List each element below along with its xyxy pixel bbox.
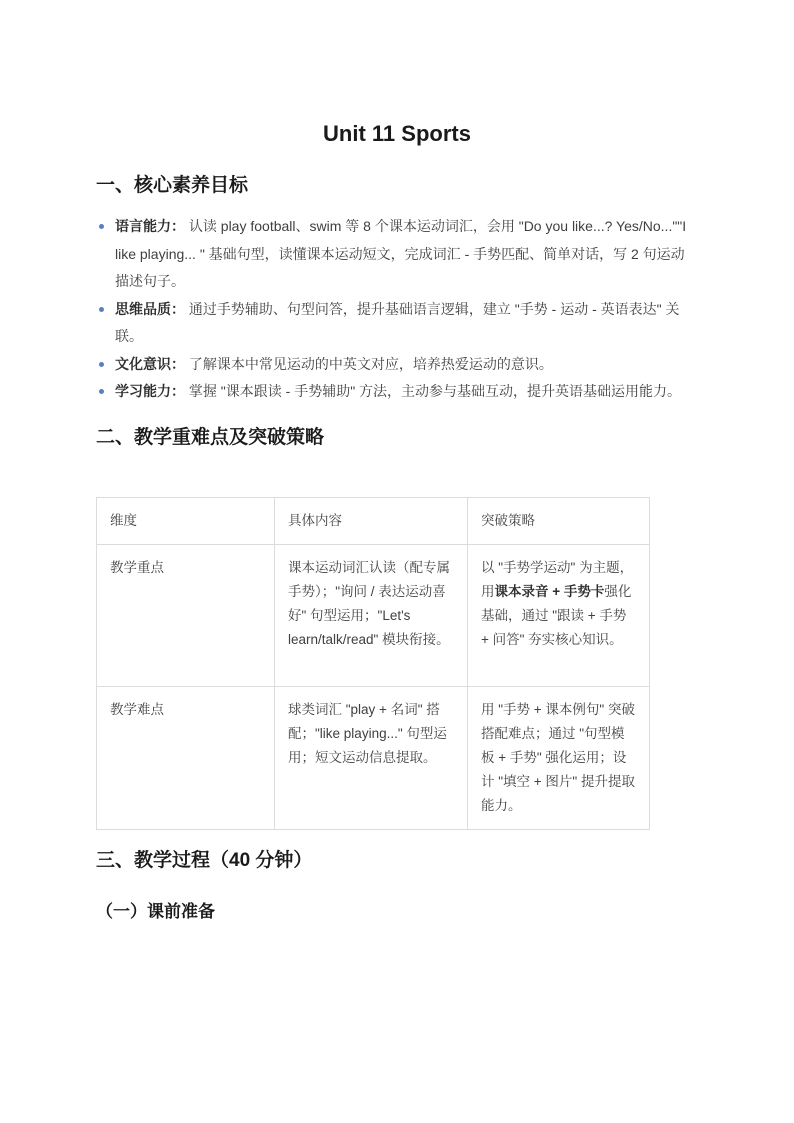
subsection-heading-preparation: （一）课前准备 [96, 901, 698, 923]
section-heading-key-points: 二、教学重难点及突破策略 [96, 425, 698, 450]
key-points-table: 维度 具体内容 突破策略 教学重点 课本运动词汇认读（配专属手势）；"询问 / … [96, 497, 650, 830]
bullet-icon [99, 362, 104, 367]
document-title: Unit 11 Sports [96, 120, 698, 148]
goal-text: 认读 play football、swim 等 8 个课本运动词汇，会用 "Do… [115, 218, 686, 289]
bullet-icon [99, 224, 104, 229]
goal-item-culture: 文化意识： 了解课本中常见运动的中英文对应，培养热爱运动的意识。 [96, 351, 698, 379]
table-header-row: 维度 具体内容 突破策略 [97, 497, 650, 544]
table-row-difficulty: 教学难点 球类词汇 "play + 名词" 搭配；"like playing..… [97, 686, 650, 829]
cell-dimension: 教学重点 [97, 544, 275, 686]
column-header-content: 具体内容 [275, 497, 468, 544]
strategy-text: 用 "手势 + 课本例句" 突破搭配难点；通过 "句型模板 + 手势" 强化运用… [481, 702, 635, 813]
bullet-icon [99, 307, 104, 312]
goal-item-learning: 学习能力： 掌握 "课本跟读 - 手势辅助" 方法，主动参与基础互动，提升英语基… [96, 378, 698, 406]
column-header-strategy: 突破策略 [468, 497, 650, 544]
cell-content: 课本运动词汇认读（配专属手势）；"询问 / 表达运动喜好" 句型运用；"Let'… [275, 544, 468, 686]
strategy-text-bold: 课本录音 + 手势卡 [495, 584, 605, 599]
cell-dimension: 教学难点 [97, 686, 275, 829]
goal-text: 掌握 "课本跟读 - 手势辅助" 方法，主动参与基础互动，提升英语基础运用能力。 [189, 383, 681, 399]
goal-item-language: 语言能力： 认读 play football、swim 等 8 个课本运动词汇，… [96, 213, 698, 296]
goal-text: 了解课本中常见运动的中英文对应，培养热爱运动的意识。 [189, 356, 553, 372]
cell-strategy: 以 "手势学运动" 为主题，用课本录音 + 手势卡强化基础，通过 "跟读 + 手… [468, 544, 650, 686]
section-heading-core-goals: 一、核心素养目标 [96, 173, 698, 198]
document-page: Unit 11 Sports 一、核心素养目标 语言能力： 认读 play fo… [0, 0, 794, 1123]
key-points-table-wrapper: 维度 具体内容 突破策略 教学重点 课本运动词汇认读（配专属手势）；"询问 / … [96, 497, 698, 830]
goal-label: 语言能力： [115, 218, 185, 234]
cell-content: 球类词汇 "play + 名词" 搭配；"like playing..." 句型… [275, 686, 468, 829]
goal-item-thinking: 思维品质： 通过手势辅助、句型问答，提升基础语言逻辑，建立 "手势 - 运动 -… [96, 296, 698, 351]
goal-text: 通过手势辅助、句型问答，提升基础语言逻辑，建立 "手势 - 运动 - 英语表达"… [115, 301, 680, 345]
column-header-dimension: 维度 [97, 497, 275, 544]
table-row-key-point: 教学重点 课本运动词汇认读（配专属手势）；"询问 / 表达运动喜好" 句型运用；… [97, 544, 650, 686]
section-heading-teaching-process: 三、教学过程（40 分钟） [96, 848, 698, 873]
goal-label: 思维品质： [115, 301, 185, 317]
cell-strategy: 用 "手势 + 课本例句" 突破搭配难点；通过 "句型模板 + 手势" 强化运用… [468, 686, 650, 829]
goal-label: 文化意识： [115, 356, 185, 372]
goal-label: 学习能力： [115, 383, 185, 399]
bullet-icon [99, 389, 104, 394]
core-goals-list: 语言能力： 认读 play football、swim 等 8 个课本运动词汇，… [96, 213, 698, 406]
